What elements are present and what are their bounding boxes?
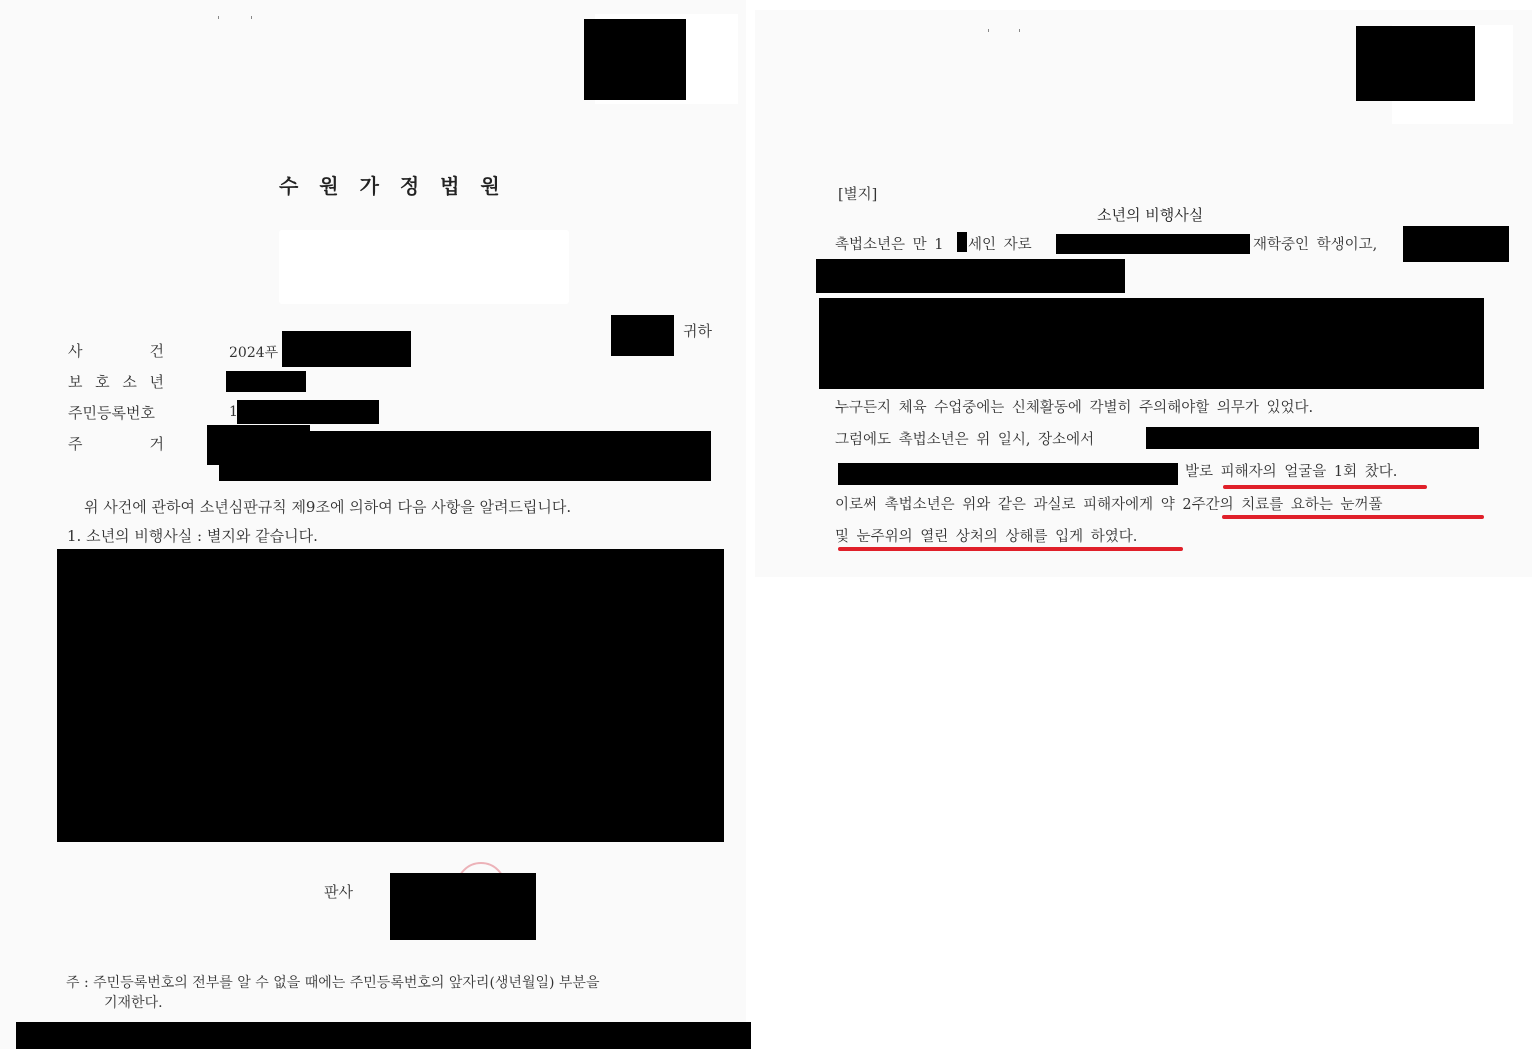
field-label-protected-juvenile: 보호소년	[68, 371, 164, 392]
footnote-line-1: 주 : 주민등록번호의 전부를 알 수 없을 때에는 주민등록번호의 앞자리(생…	[66, 972, 599, 992]
notice-document-page: ' ' 수 원 가 정 법 원 귀하 사건 2024푸 보호소년 주민등록번호 …	[0, 0, 746, 1049]
redacted-barcode	[1356, 26, 1475, 101]
scan-mark: '	[217, 14, 220, 27]
item-delinquency-facts: 1. 소년의 비행사실 : 별지와 같습니다.	[67, 525, 318, 546]
footnote-line-2: 기재한다.	[104, 992, 163, 1012]
case-number-value: 2024푸	[229, 342, 278, 362]
fact-line-1c: 재학중인 학생이고,	[1253, 233, 1377, 254]
attachment-label: [별지]	[838, 183, 877, 204]
scan-mark: '	[1018, 27, 1021, 40]
redacted-judge-name	[390, 873, 536, 940]
fact-line-4: 발로 피해자의 얼굴을 1회 찼다.	[1185, 460, 1397, 481]
section-title: 소년의 비행사실	[1097, 204, 1203, 225]
fact-line-5: 이로써 촉법소년은 위와 같은 과실로 피해자에게 약 2주간의 치료를 요하는…	[835, 493, 1383, 514]
court-name: 수 원 가 정 법 원	[279, 170, 500, 199]
redacted-recipient-name	[611, 315, 674, 356]
redacted-footer	[16, 1022, 751, 1049]
field-label-case: 사건	[68, 340, 164, 361]
redacted-case-number	[282, 331, 411, 367]
recipient-suffix: 귀하	[683, 320, 712, 341]
fact-line-6: 및 눈주위의 열린 상처의 상해를 입게 하였다.	[835, 525, 1137, 546]
highlight-underline	[1223, 485, 1427, 489]
highlight-underline	[838, 547, 1183, 551]
redacted-action	[838, 463, 1178, 485]
fact-line-1b: 세인 자로	[968, 233, 1032, 254]
redacted-school	[1056, 234, 1250, 254]
fact-line-3: 그럼에도 촉법소년은 위 일시, 장소에서	[835, 428, 1094, 449]
field-label-residence: 주거	[68, 433, 164, 454]
redacted-text-2	[816, 259, 1125, 293]
redacted-text-block	[819, 298, 1484, 389]
redacted-barcode	[584, 19, 686, 100]
fact-line-2: 누구든지 체육 수업중에는 신체활동에 각별히 주의해야할 의무가 있었다.	[835, 396, 1313, 417]
notice-text: 위 사건에 관하여 소년심판규칙 제9조에 의하여 다음 사항을 알려드립니다.	[84, 496, 571, 517]
redacted-juvenile-name	[226, 371, 306, 392]
redacted-text-1	[1403, 226, 1509, 262]
fact-line-1a: 촉법소년은 만 1	[835, 233, 944, 254]
redacted-age-digit	[957, 232, 967, 252]
judge-label: 판사	[324, 881, 353, 902]
whiteout-address-block	[279, 230, 569, 304]
redacted-address-2	[219, 431, 711, 481]
redacted-resident-number	[237, 400, 379, 424]
highlight-underline	[1222, 515, 1484, 519]
redacted-body-block	[57, 549, 724, 842]
field-label-resident-number: 주민등록번호	[68, 402, 155, 423]
scan-mark: '	[250, 14, 253, 27]
attachment-page: ' ' [별지] 소년의 비행사실 촉법소년은 만 1 세인 자로 재학중인 학…	[755, 10, 1532, 577]
scan-mark: '	[987, 27, 990, 40]
redacted-location	[1146, 427, 1479, 449]
